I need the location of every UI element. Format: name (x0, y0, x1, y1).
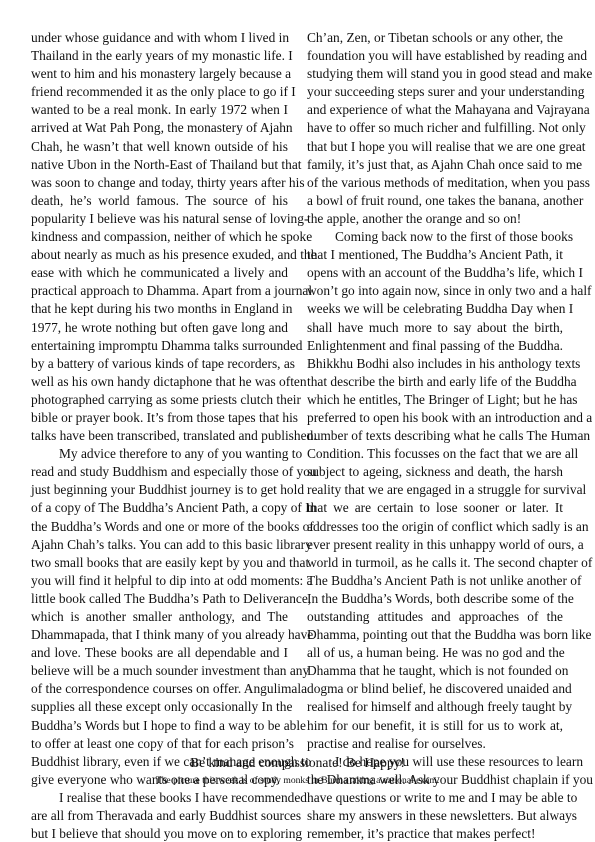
text-line: practical approach to Dhamma. Apart from… (31, 282, 288, 300)
text-line: was soon to change and today, thirty yea… (31, 174, 288, 192)
text-line: arrived at Wat Pah Pong, the monastery o… (31, 119, 288, 137)
text-line: number of texts describing what he calls… (307, 427, 563, 445)
text-line: popularity I believe was his natural sen… (31, 210, 288, 228)
text-line: Buddha’s Words but I hope to find a way … (31, 717, 288, 735)
text-line: that but I hope you will realise that we… (307, 138, 563, 156)
text-line: studying them will stand you in good ste… (307, 65, 563, 83)
text-line: shall have much more to say about the bi… (307, 319, 563, 337)
text-line: have to offer so much richer and fulfill… (307, 119, 563, 137)
text-line: read and study Buddhism and especially t… (31, 463, 288, 481)
text-line: bible or prayer book. It’s from those ta… (31, 409, 288, 427)
text-line: that he kept during his two months in En… (31, 300, 288, 318)
text-line: Dhamma that he taught, which is not foun… (307, 662, 563, 680)
text-line: of the various methods of meditation, wh… (307, 174, 563, 192)
text-line: supplies all these except only occasiona… (31, 698, 288, 716)
text-line: the Buddha’s Words and one or more of th… (31, 518, 288, 536)
text-line: won’t go into again now, since in only t… (307, 282, 563, 300)
text-line: your succeeding steps surer and your und… (307, 83, 563, 101)
text-line: entertaining impromptu Dhamma talks surr… (31, 337, 288, 355)
text-line: reality that we are engaged in a struggl… (307, 481, 563, 499)
text-line: are all from Theravada and early Buddhis… (31, 807, 288, 825)
text-line: subject to ageing, sickness and death, t… (307, 463, 563, 481)
text-line: friend recommended it as the only place … (31, 83, 288, 101)
text-line: preferred to open his book with an intro… (307, 409, 563, 427)
text-line: that we are certain to lose sooner or la… (307, 499, 563, 517)
text-line: that I mentioned, The Buddha’s Ancient P… (307, 246, 563, 264)
text-line: and love. These books are all dependable… (31, 644, 288, 662)
right-column: Ch’an, Zen, or Tibetan schools or any ot… (307, 29, 563, 842)
text-line: family, it’s just that, as Ajahn Chah on… (307, 156, 563, 174)
text-line: Enlightenment and final passing of the B… (307, 337, 563, 355)
text-line: went to him and his monastery largely be… (31, 65, 288, 83)
text-line: just beginning your Buddhist journey is … (31, 481, 288, 499)
text-line: Chah, he wasn’t that well known outside … (31, 138, 288, 156)
text-line: The Buddha’s Ancient Path is not unlike … (307, 572, 563, 590)
text-line: Condition. This focusses on the fact tha… (307, 445, 563, 463)
text-line: opens with an account of the Buddha’s li… (307, 264, 563, 282)
text-line: Dhamma, pointing out that the Buddha was… (307, 626, 563, 644)
text-line: Dhammapada, that I think many of you alr… (31, 626, 288, 644)
text-line: but I believe that should you move on to… (31, 825, 288, 842)
text-line: about nearly as much as his presence exu… (31, 246, 288, 264)
text-line: My advice therefore to any of you wantin… (31, 445, 288, 463)
text-line: two small books that are easily kept by … (31, 554, 288, 572)
text-line: him for our benefit, it is still for us … (307, 717, 563, 735)
text-line: outstanding attitudes and approaches of … (307, 608, 563, 626)
text-line: foundation you will have established by … (307, 47, 563, 65)
text-line: and experience of what the Mahayana and … (307, 101, 563, 119)
text-line: of the correspondence courses on offer. … (31, 680, 288, 698)
text-line: ever present reality in this unhappy wor… (307, 536, 563, 554)
text-line: you will find it helpful to dip into at … (31, 572, 288, 590)
text-line: well as his own handy dictaphone that he… (31, 373, 288, 391)
text-line: photographed carrying as some priests cl… (31, 391, 288, 409)
text-line: that describe the birth and early life o… (307, 373, 563, 391)
text-line: world in turmoil, as he calls it. The se… (307, 554, 563, 572)
text-line: under whose guidance and with whom I liv… (31, 29, 288, 47)
text-line: dogma or blind belief, he discovered una… (307, 680, 563, 698)
text-line: weeks we will be celebrating Buddha Day … (307, 300, 563, 318)
text-line: have questions or write to me and I may … (307, 789, 563, 807)
text-line: Ch’an, Zen, or Tibetan schools or any ot… (307, 29, 563, 47)
text-line: death, he’s world famous. The source of … (31, 192, 288, 210)
text-line: which is another smaller anthology, and … (31, 608, 288, 626)
text-line: Bhikkhu Bodhi also includes in his antho… (307, 355, 563, 373)
text-line: 1977, he wrote nothing but often gave lo… (31, 319, 288, 337)
text-line: remember, it’s practice that makes perfe… (307, 825, 563, 842)
text-line: addresses too the origin of conflict whi… (307, 518, 563, 536)
text-line: talks have been transcribed, translated … (31, 427, 288, 445)
text-line: of a copy of The Buddha’s Ancient Path, … (31, 499, 288, 517)
footer-motto: Be kind and compassionate! Be Happy! (0, 755, 595, 771)
text-line: the apple, another the orange and so on! (307, 210, 563, 228)
text-line: which he entitles, The Bringer of Light;… (307, 391, 563, 409)
text-line: I realise that these books I have recomm… (31, 789, 288, 807)
text-line: practise and realise for ourselves. (307, 735, 563, 753)
left-column: under whose guidance and with whom I liv… (31, 29, 288, 842)
text-line: Thailand in the early years of my monast… (31, 47, 288, 65)
photo-caption: The picture this week is of study monks … (0, 775, 595, 786)
text-line: In the Buddha’s Words, both describe som… (307, 590, 563, 608)
text-line: little book called The Buddha’s Path to … (31, 590, 288, 608)
text-line: ease with which he communicated a lively… (31, 264, 288, 282)
text-line: native Ubon in the North-East of Thailan… (31, 156, 288, 174)
text-line: a bowl of fruit round, one takes the ban… (307, 192, 563, 210)
text-line: kindness and compassion, neither of whic… (31, 228, 288, 246)
text-line: Ajahn Chah’s talks. You can add to this … (31, 536, 288, 554)
text-line: realised for himself and although freely… (307, 698, 563, 716)
text-line: believe will be a much sounder investmen… (31, 662, 288, 680)
text-line: wanted to be a real monk. In early 1972 … (31, 101, 288, 119)
text-line: all of us, a human being. He was no god … (307, 644, 563, 662)
text-line: by a battery of various kinds of tape re… (31, 355, 288, 373)
text-line: Coming back now to the first of those bo… (307, 228, 563, 246)
text-line: share my answers in these newsletters. B… (307, 807, 563, 825)
text-line: to offer at least one copy of that for e… (31, 735, 288, 753)
